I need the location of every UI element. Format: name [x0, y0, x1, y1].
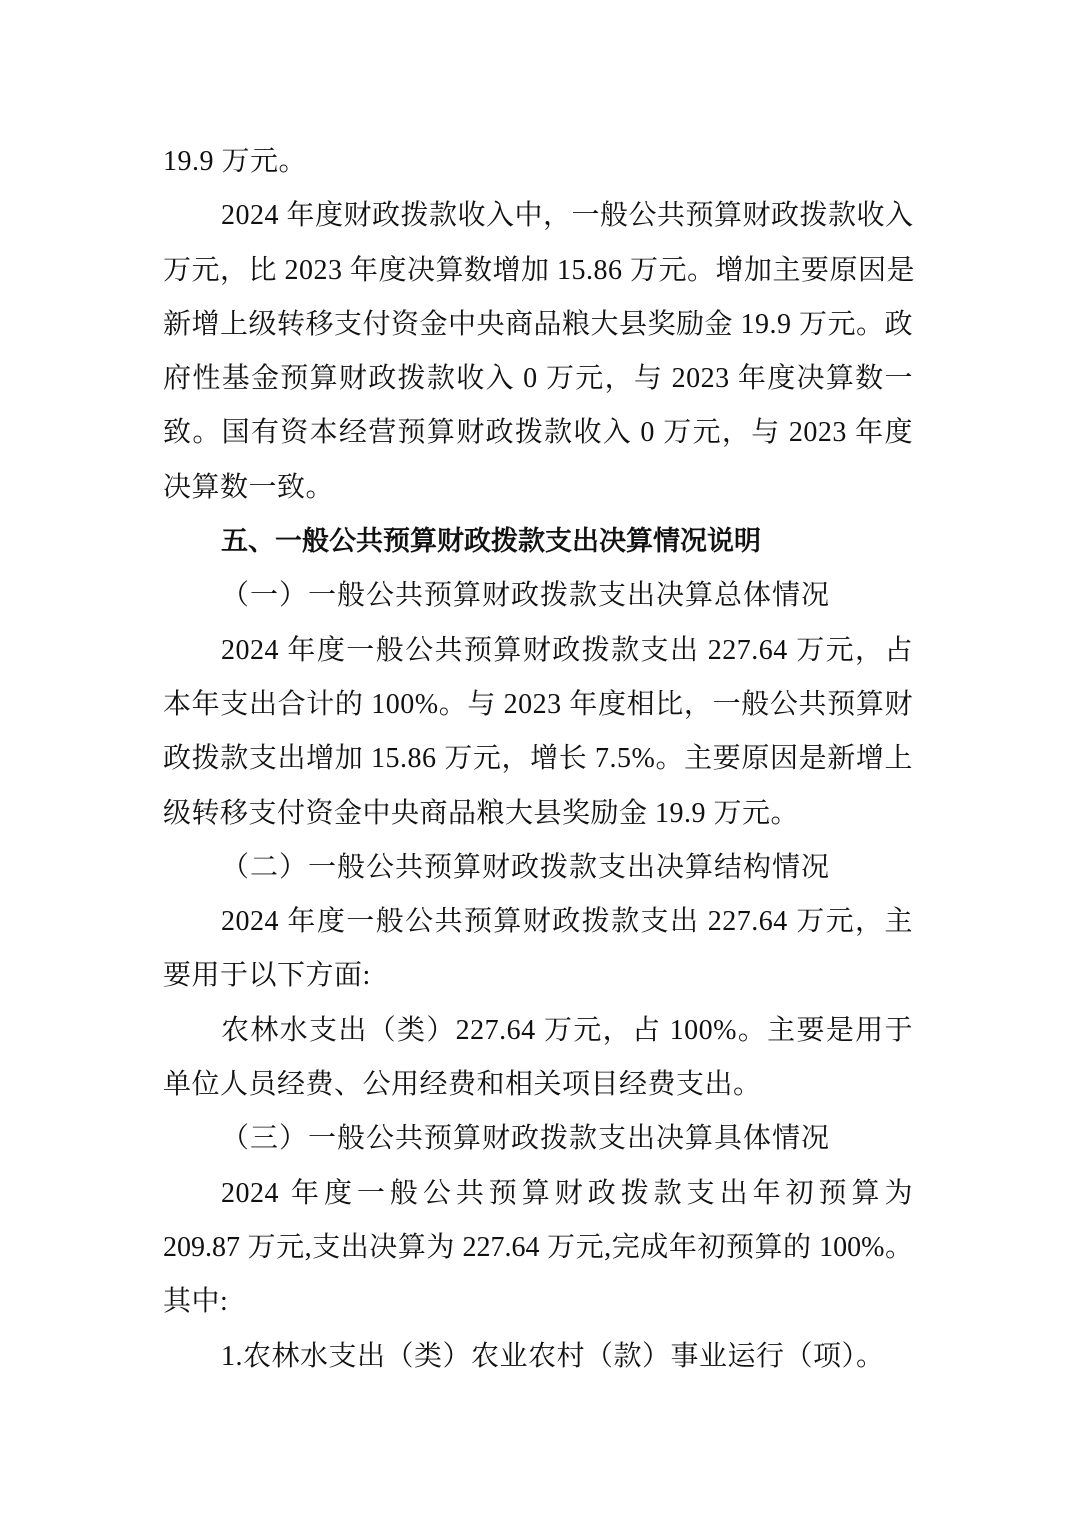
- body-line: 新增上级转移支付资金中央商品粮大县奖励金 19.9 万元。政: [163, 302, 913, 356]
- body-line: 单位人员经费、公用经费和相关项目经费支出。: [163, 1062, 913, 1116]
- document-page: 19.9 万元。 2024 年度财政拨款收入中，一般公共预算财政拨款收入 万元，…: [163, 139, 913, 1388]
- body-line: 2024 年度一般公共预算财政拨款支出 227.64 万元，主: [163, 899, 913, 953]
- section-heading: 五、一般公共预算财政拨款支出决算情况说明: [163, 519, 913, 573]
- subsection-heading: （二）一般公共预算财政拨款支出决算结构情况: [163, 845, 913, 899]
- body-line: 政拨款支出增加 15.86 万元，增长 7.5%。主要原因是新增上: [163, 736, 913, 790]
- body-line: 本年支出合计的 100%。与 2023 年度相比，一般公共预算财: [163, 682, 913, 736]
- body-line: 决算数一致。: [163, 465, 913, 519]
- body-line: 级转移支付资金中央商品粮大县奖励金 19.9 万元。: [163, 791, 913, 845]
- body-line: 19.9 万元。: [163, 139, 913, 193]
- body-line: 2024 年度财政拨款收入中，一般公共预算财政拨款收入: [163, 193, 913, 247]
- body-line: 2024 年度一般公共预算财政拨款支出年初预算为: [163, 1171, 913, 1225]
- body-line: 2024 年度一般公共预算财政拨款支出 227.64 万元，占: [163, 628, 913, 682]
- body-line: 万元，比 2023 年度决算数增加 15.86 万元。增加主要原因是: [163, 248, 913, 302]
- body-line: 其中:: [163, 1279, 913, 1333]
- subsection-heading: （一）一般公共预算财政拨款支出决算总体情况: [163, 573, 913, 627]
- subsection-heading: （三）一般公共预算财政拨款支出决算具体情况: [163, 1116, 913, 1170]
- list-item: 1.农林水支出（类）农业农村（款）事业运行（项）。: [163, 1334, 913, 1388]
- body-line: 致。国有资本经营预算财政拨款收入 0 万元，与 2023 年度: [163, 410, 913, 464]
- body-line: 农林水支出（类）227.64 万元，占 100%。主要是用于: [163, 1008, 913, 1062]
- body-line: 府性基金预算财政拨款收入 0 万元，与 2023 年度决算数一: [163, 356, 913, 410]
- body-line: 要用于以下方面:: [163, 953, 913, 1007]
- body-line: 209.87 万元,支出决算为 227.64 万元,完成年初预算的 100%。: [163, 1225, 913, 1279]
